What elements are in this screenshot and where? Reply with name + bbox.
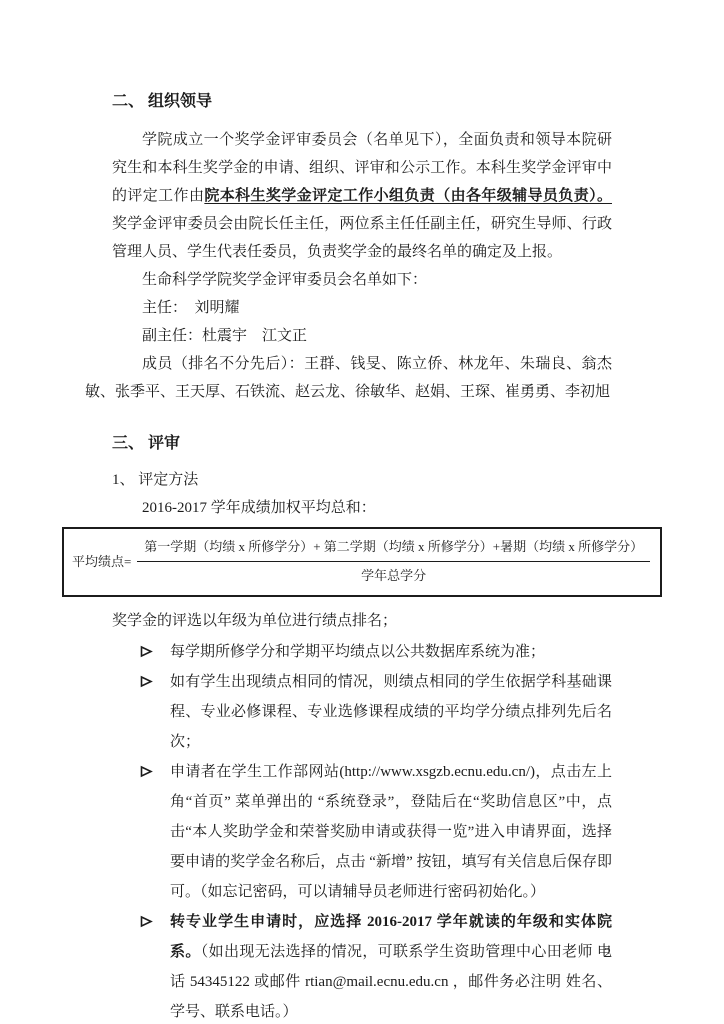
arrowhead-right-bullet-icon	[140, 915, 153, 928]
role-deputy-label: 副主任：	[142, 328, 202, 344]
formula-fraction: 第一学期（均绩 x 所修学分）+ 第二学期（均绩 x 所修学分）+暑期（均绩 x…	[137, 538, 650, 585]
role-director: 主任： 刘明耀	[112, 294, 612, 322]
section-heading-organization: 二、 组织领导	[112, 88, 612, 116]
formula-denominator: 学年总学分	[137, 562, 650, 585]
organization-paragraph-suffix: 奖学金评审委员会由院长任主任，两位系主任任副主任，研究生导师、行政管理人员、学生…	[112, 216, 612, 260]
arrowhead-right-bullet-icon	[140, 645, 153, 658]
role-deputy-names: 杜震宇 江文正	[202, 328, 307, 344]
page-number: 2	[604, 946, 611, 962]
bullet-text: 每学期所修学分和学期平均绩点以公共数据库系统为准；	[170, 644, 545, 660]
arrowhead-right-bullet-icon	[140, 675, 153, 688]
arrowhead-right-bullet-icon	[140, 765, 153, 778]
section-heading-review: 三、 评审	[112, 430, 612, 458]
organization-paragraph-emphasis: 院本科生奖学金评定工作小组负责（由各年级辅导员负责）。	[204, 188, 612, 204]
formula-intro: 2016-2017 学年成绩加权平均总和：	[112, 494, 612, 522]
ranking-note: 奖学金的评选以年级为单位进行绩点排名；	[112, 607, 612, 635]
role-director-name: 刘明耀	[195, 300, 240, 316]
formula-lhs: 平均绩点=	[72, 553, 131, 571]
bullet-text: 如有学生出现绩点相同的情况，则绩点相同的学生依据学科基础课程、专业必修课程、专业…	[170, 674, 612, 750]
method-subheading: 1、 评定方法	[112, 466, 612, 494]
bullet-item: 转专业学生申请时，应选择 2016-2017 学年就读的年级和实体院系。（如出现…	[170, 907, 612, 1024]
document-page: 二、 组织领导 学院成立一个奖学金评审委员会（名单见下），全面负责和领导本院研究…	[0, 0, 724, 1024]
bullet-text: 申请者在学生工作部网站(http://www.xsgzb.ecnu.edu.cn…	[170, 764, 612, 900]
members-line: 成员（排名不分先后）：王群、钱旻、陈立侨、林龙年、朱瑞良、翁杰敏、张季平、王天厚…	[85, 350, 612, 406]
formula-numerator: 第一学期（均绩 x 所修学分）+ 第二学期（均绩 x 所修学分）+暑期（均绩 x…	[137, 538, 650, 562]
bullet-item: 每学期所修学分和学期平均绩点以公共数据库系统为准；	[170, 637, 612, 667]
role-director-label: 主任：	[142, 300, 180, 316]
bullet-item: 申请者在学生工作部网站(http://www.xsgzb.ecnu.edu.cn…	[170, 757, 612, 907]
bullet-item: 如有学生出现绩点相同的情况，则绩点相同的学生依据学科基础课程、专业必修课程、专业…	[170, 667, 612, 757]
bullet-text: （如出现无法选择的情况，可联系学生资助管理中心田老师 电话 54345122 或…	[170, 944, 612, 1020]
members-label: 成员（排名不分先后）：	[142, 356, 304, 372]
organization-paragraph: 学院成立一个奖学金评审委员会（名单见下），全面负责和领导本院研究生和本科生奖学金…	[112, 126, 612, 266]
role-deputy: 副主任：杜震宇 江文正	[112, 322, 612, 350]
gpa-formula-box: 平均绩点= 第一学期（均绩 x 所修学分）+ 第二学期（均绩 x 所修学分）+暑…	[62, 527, 662, 597]
review-bullet-list: 每学期所修学分和学期平均绩点以公共数据库系统为准； 如有学生出现绩点相同的情况，…	[170, 637, 612, 1024]
committee-intro: 生命科学学院奖学金评审委员会名单如下：	[112, 266, 612, 294]
